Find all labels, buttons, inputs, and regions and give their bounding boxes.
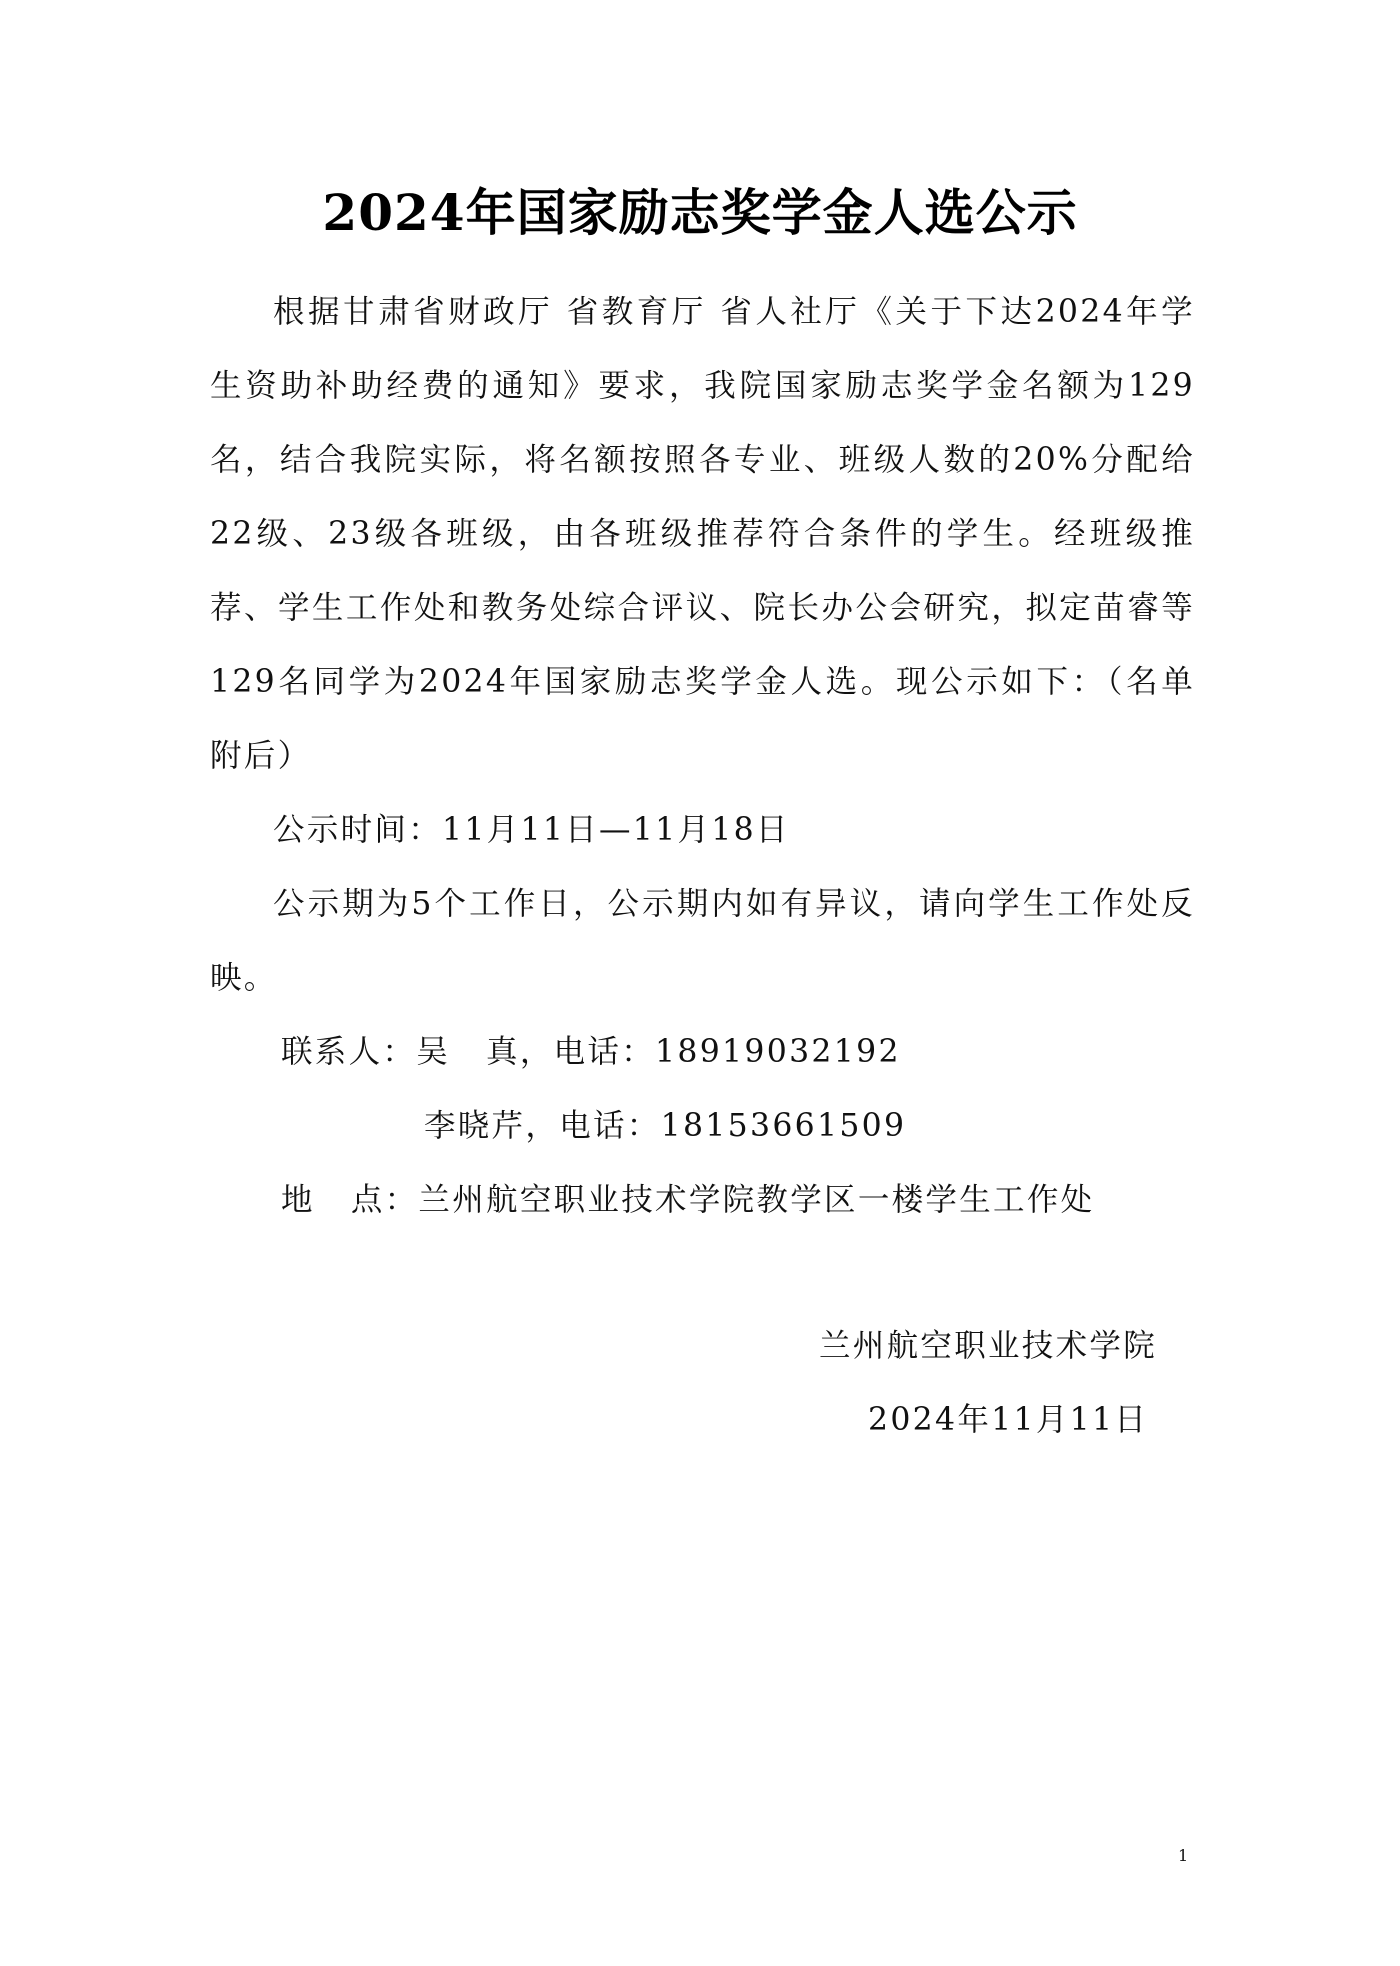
contact-block-1: 联系人：吴真，电话：18919032192 [210,1015,1195,1089]
phone-number-2: 18153661509 [661,1108,907,1144]
phone-label-1: ，电话： [520,1034,655,1070]
objection-block: 公示期为5个工作日，公示期内如有异议，请向学生工作处反映。 [210,867,1195,1015]
document-page: 2024年国家励志奖学金人选公示 根据甘肃省财政厅 省教育厅 省人社厅《关于下达… [0,0,1400,1966]
paragraph-publicity-time: 公示时间：11月11日—11月18日 [210,793,1195,867]
location-line: 地点：兰州航空职业技术学院教学区一楼学生工作处 [210,1163,1195,1237]
phone-label-2: ，电话： [525,1108,660,1144]
location-label-a: 地 [281,1182,315,1218]
contact-line-2: 李晓芹，电话：18153661509 [210,1089,1195,1163]
signature-date: 2024年11月11日 [868,1383,1148,1457]
main-paragraph: 根据甘肃省财政厅 省教育厅 省人社厅《关于下达2024年学生资助补助经费的通知》… [210,275,1195,793]
page-number: 1 [1178,1846,1188,1866]
paragraph-announcement: 根据甘肃省财政厅 省教育厅 省人社厅《关于下达2024年学生资助补助经费的通知》… [210,275,1195,793]
contact-line-1: 联系人：吴真，电话：18919032192 [210,1015,1195,1089]
contact-name-1b: 真 [486,1034,520,1070]
location-block: 地点：兰州航空职业技术学院教学区一楼学生工作处 [210,1163,1195,1237]
contact-block-2: 李晓芹，电话：18153661509 [210,1089,1195,1163]
contact-name-1a: 吴 [416,1034,450,1070]
signature-organization: 兰州航空职业技术学院 [819,1309,1157,1383]
location-label-b: 点： [351,1182,419,1218]
contact-label: 联系人： [281,1034,416,1070]
publicity-period-block: 公示时间：11月11日—11月18日 [210,793,1195,867]
location-value: 兰州航空职业技术学院教学区一楼学生工作处 [418,1182,1094,1218]
phone-number-1: 18919032192 [655,1034,901,1070]
document-title: 2024年国家励志奖学金人选公示 [0,176,1400,250]
contact-name-2: 李晓芹 [424,1108,525,1144]
paragraph-objection: 公示期为5个工作日，公示期内如有异议，请向学生工作处反映。 [210,867,1195,1015]
